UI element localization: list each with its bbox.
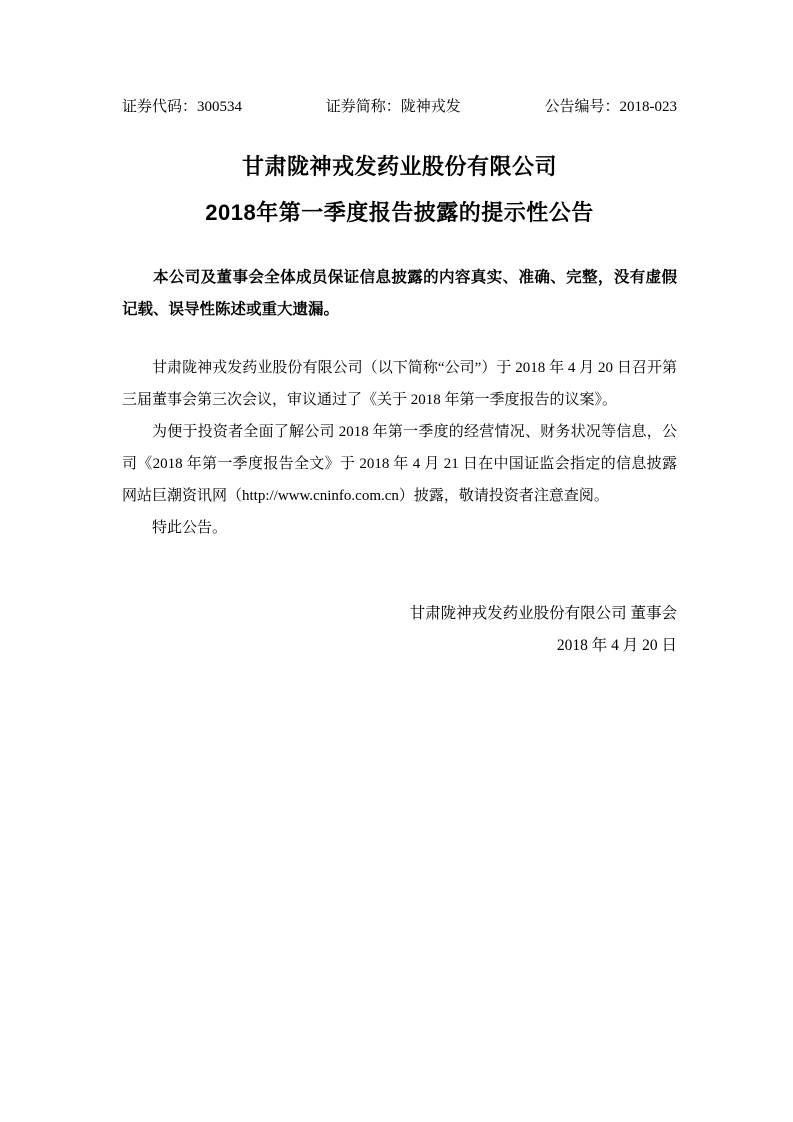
signature-company: 甘肃陇神戎发药业股份有限公司 董事会 xyxy=(122,598,677,630)
announcement-title: 2018年第一季度报告披露的提示性公告 xyxy=(122,200,677,226)
signature-date: 2018 年 4 月 20 日 xyxy=(122,630,677,662)
body-paragraph-1: 甘肃陇神戎发药业股份有限公司（以下简称“公司”）于 2018 年 4 月 20 … xyxy=(122,352,677,416)
closing-statement: 特此公告。 xyxy=(122,512,677,544)
company-name-title: 甘肃陇神戎发药业股份有限公司 xyxy=(122,154,677,180)
announcement-number: 公告编号：2018-023 xyxy=(545,97,678,118)
signature-block: 甘肃陇神戎发药业股份有限公司 董事会 2018 年 4 月 20 日 xyxy=(122,598,677,662)
document-header: 证券代码：300534 证券简称：陇神戎发 公告编号：2018-023 xyxy=(122,97,677,118)
stock-short-name: 证券简称：陇神戎发 xyxy=(326,97,461,118)
disclaimer-paragraph: 本公司及董事会全体成员保证信息披露的内容真实、准确、完整，没有虚假记载、误导性陈… xyxy=(122,262,677,326)
stock-code: 证券代码：300534 xyxy=(122,97,242,118)
announcement-page: 证券代码：300534 证券简称：陇神戎发 公告编号：2018-023 甘肃陇神… xyxy=(0,0,793,1122)
body-paragraph-2: 为便于投资者全面了解公司 2018 年第一季度的经营情况、财务状况等信息，公司《… xyxy=(122,416,677,512)
